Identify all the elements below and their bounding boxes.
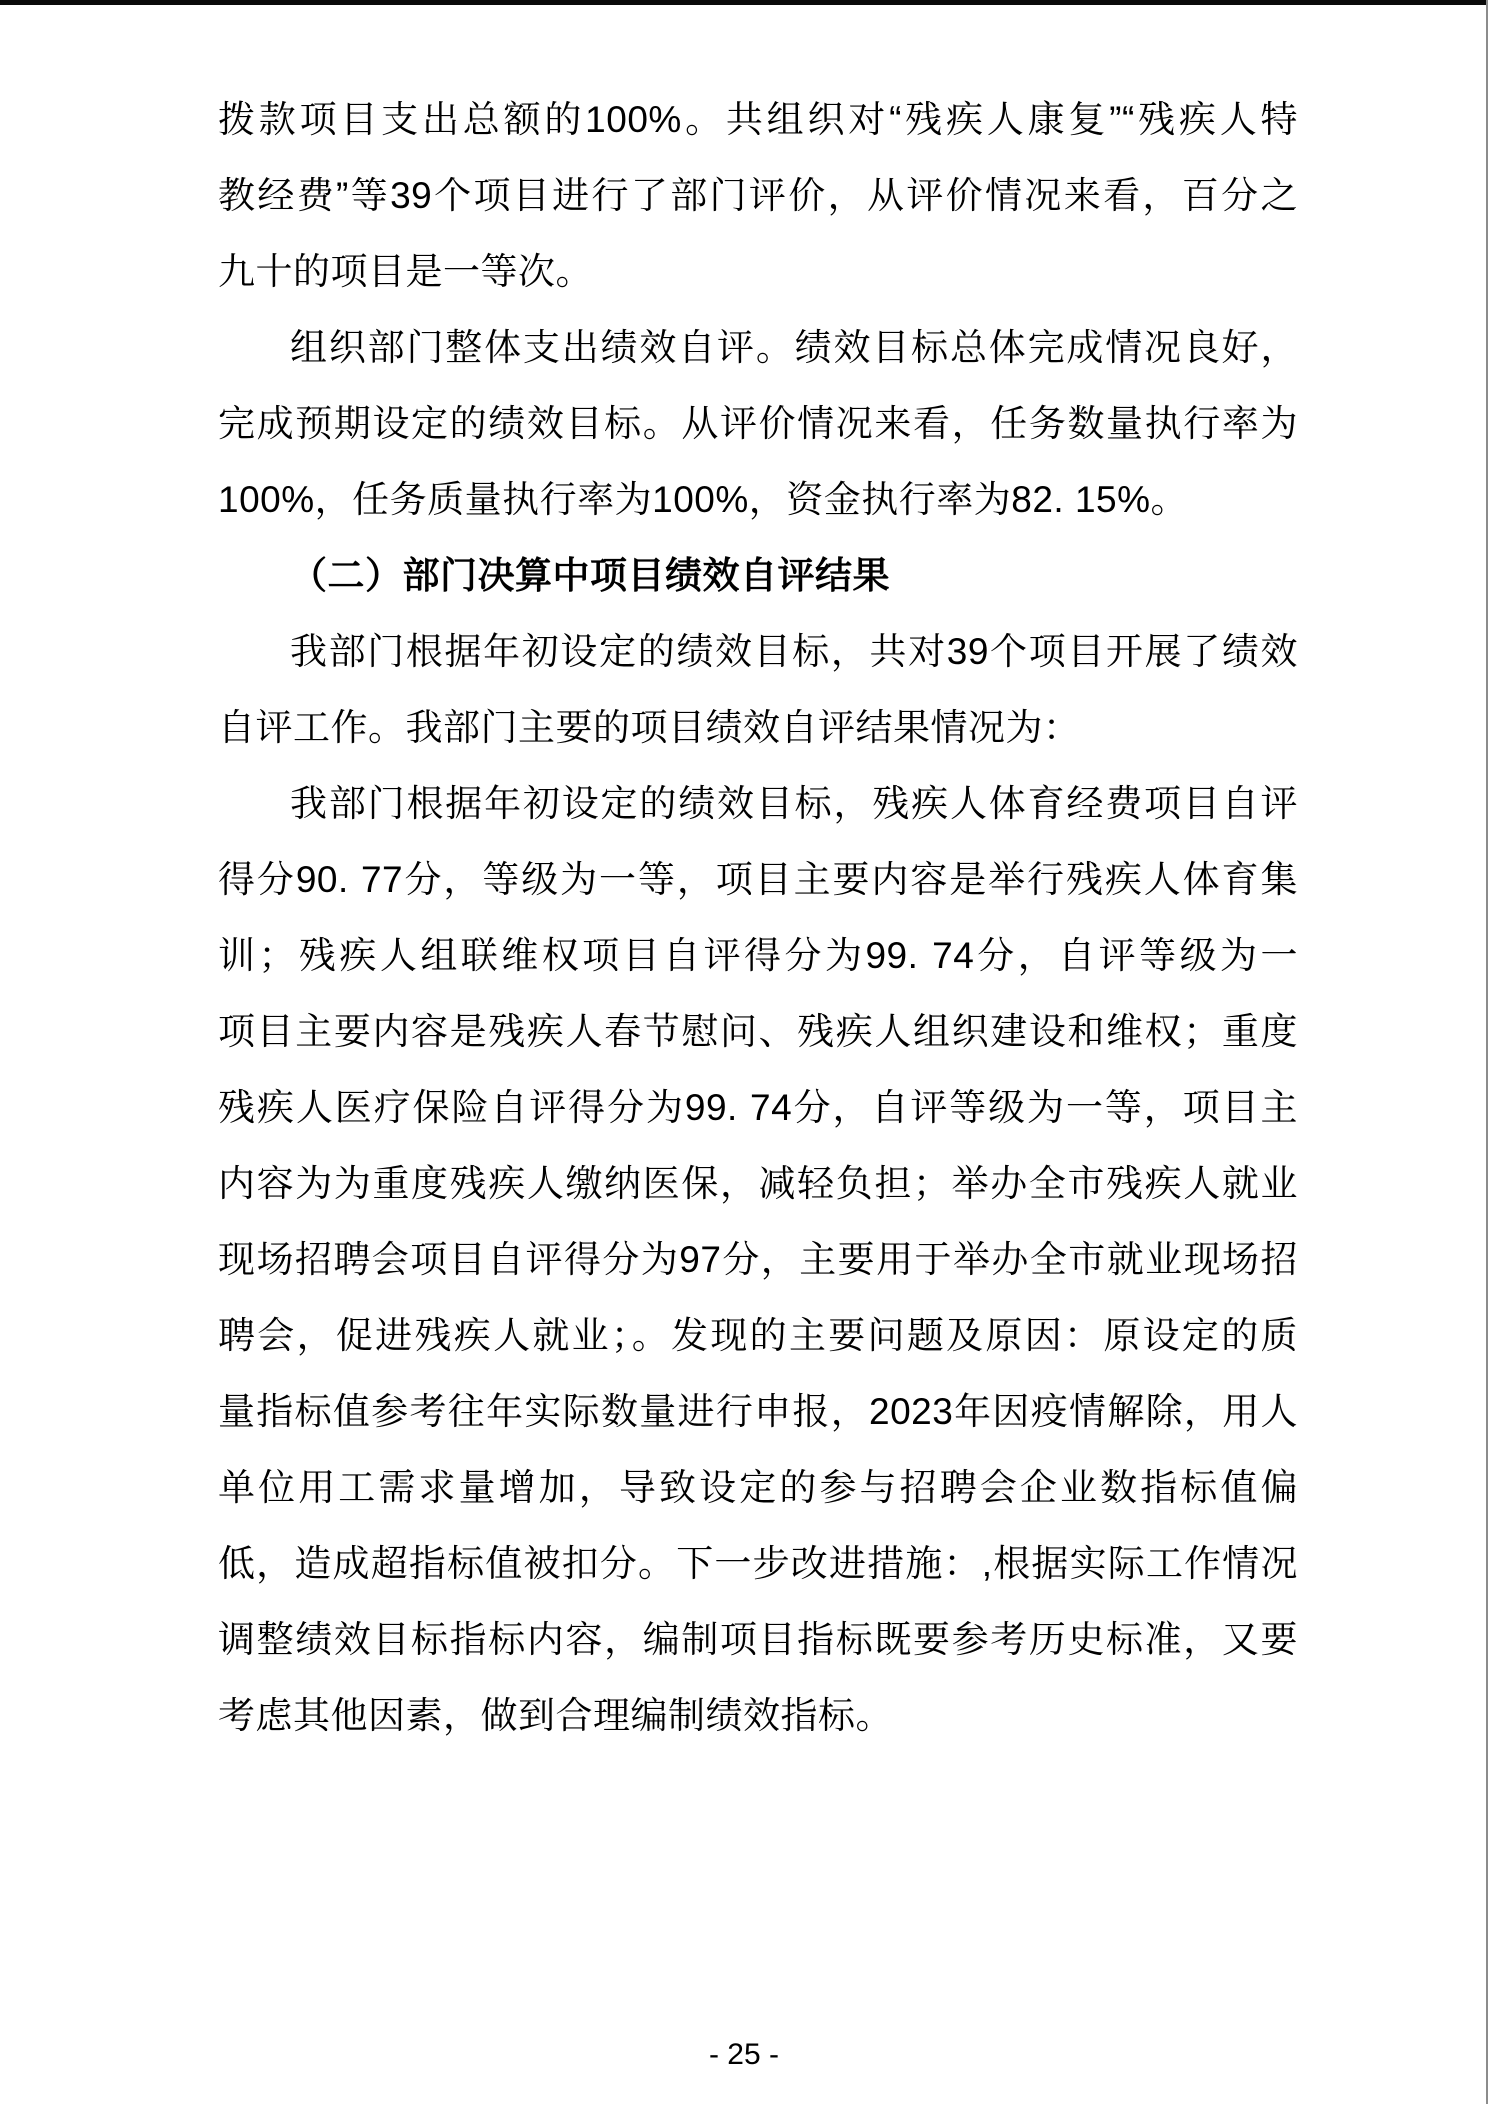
text-line: 项目主要内容是残疾人春节慰问、残疾人组织建设和维权；重度 [218,994,1298,1070]
text-line: 九十的项目是一等次。 [218,234,1298,310]
text-line: 训；残疾人组联维权项目自评得分为99. 74分，自评等级为一等， [218,918,1298,994]
text-line: 拨款项目支出总额的100%。共组织对“残疾人康复”“残疾人特 [218,82,1298,158]
text-line: 完成预期设定的绩效目标。从评价情况来看，任务数量执行率为 [218,386,1298,462]
text-line: 组织部门整体支出绩效自评。绩效目标总体完成情况良好， [218,310,1298,386]
text-line: 得分90. 77分，等级为一等，项目主要内容是举行残疾人体育集 [218,842,1298,918]
text-line: 100%，任务质量执行率为100%，资金执行率为82. 15%。 [218,462,1298,538]
text-line: 现场招聘会项目自评得分为97分，主要用于举办全市就业现场招 [218,1222,1298,1298]
document-page: 拨款项目支出总额的100%。共组织对“残疾人康复”“残疾人特 教经费”等39个项… [0,0,1488,2104]
text-line: 聘会，促进残疾人就业；。发现的主要问题及原因：原设定的质 [218,1298,1298,1374]
page-number: - 25 - [0,2038,1488,2072]
text-line: 我部门根据年初设定的绩效目标，共对39个项目开展了绩效 [218,614,1298,690]
document-body: 拨款项目支出总额的100%。共组织对“残疾人康复”“残疾人特 教经费”等39个项… [218,82,1298,1754]
top-border-bar [0,0,1488,5]
text-line: 低，造成超指标值被扣分。下一步改进措施：,根据实际工作情况 [218,1526,1298,1602]
text-line: 调整绩效目标指标内容，编制项目指标既要参考历史标准，又要 [218,1602,1298,1678]
text-line: 教经费”等39个项目进行了部门评价，从评价情况来看，百分之 [218,158,1298,234]
text-line: 考虑其他因素，做到合理编制绩效指标。 [218,1678,1298,1754]
section-heading: （二）部门决算中项目绩效自评结果 [218,538,1298,614]
text-line: 残疾人医疗保险自评得分为99. 74分，自评等级为一等，项目主要 [218,1070,1298,1146]
text-line: 内容为为重度残疾人缴纳医保，减轻负担；举办全市残疾人就业 [218,1146,1298,1222]
text-line: 量指标值参考往年实际数量进行申报，2023年因疫情解除，用人 [218,1374,1298,1450]
text-line: 自评工作。我部门主要的项目绩效自评结果情况为： [218,690,1298,766]
text-line: 我部门根据年初设定的绩效目标，残疾人体育经费项目自评 [218,766,1298,842]
text-line: 单位用工需求量增加，导致设定的参与招聘会企业数指标值偏 [218,1450,1298,1526]
